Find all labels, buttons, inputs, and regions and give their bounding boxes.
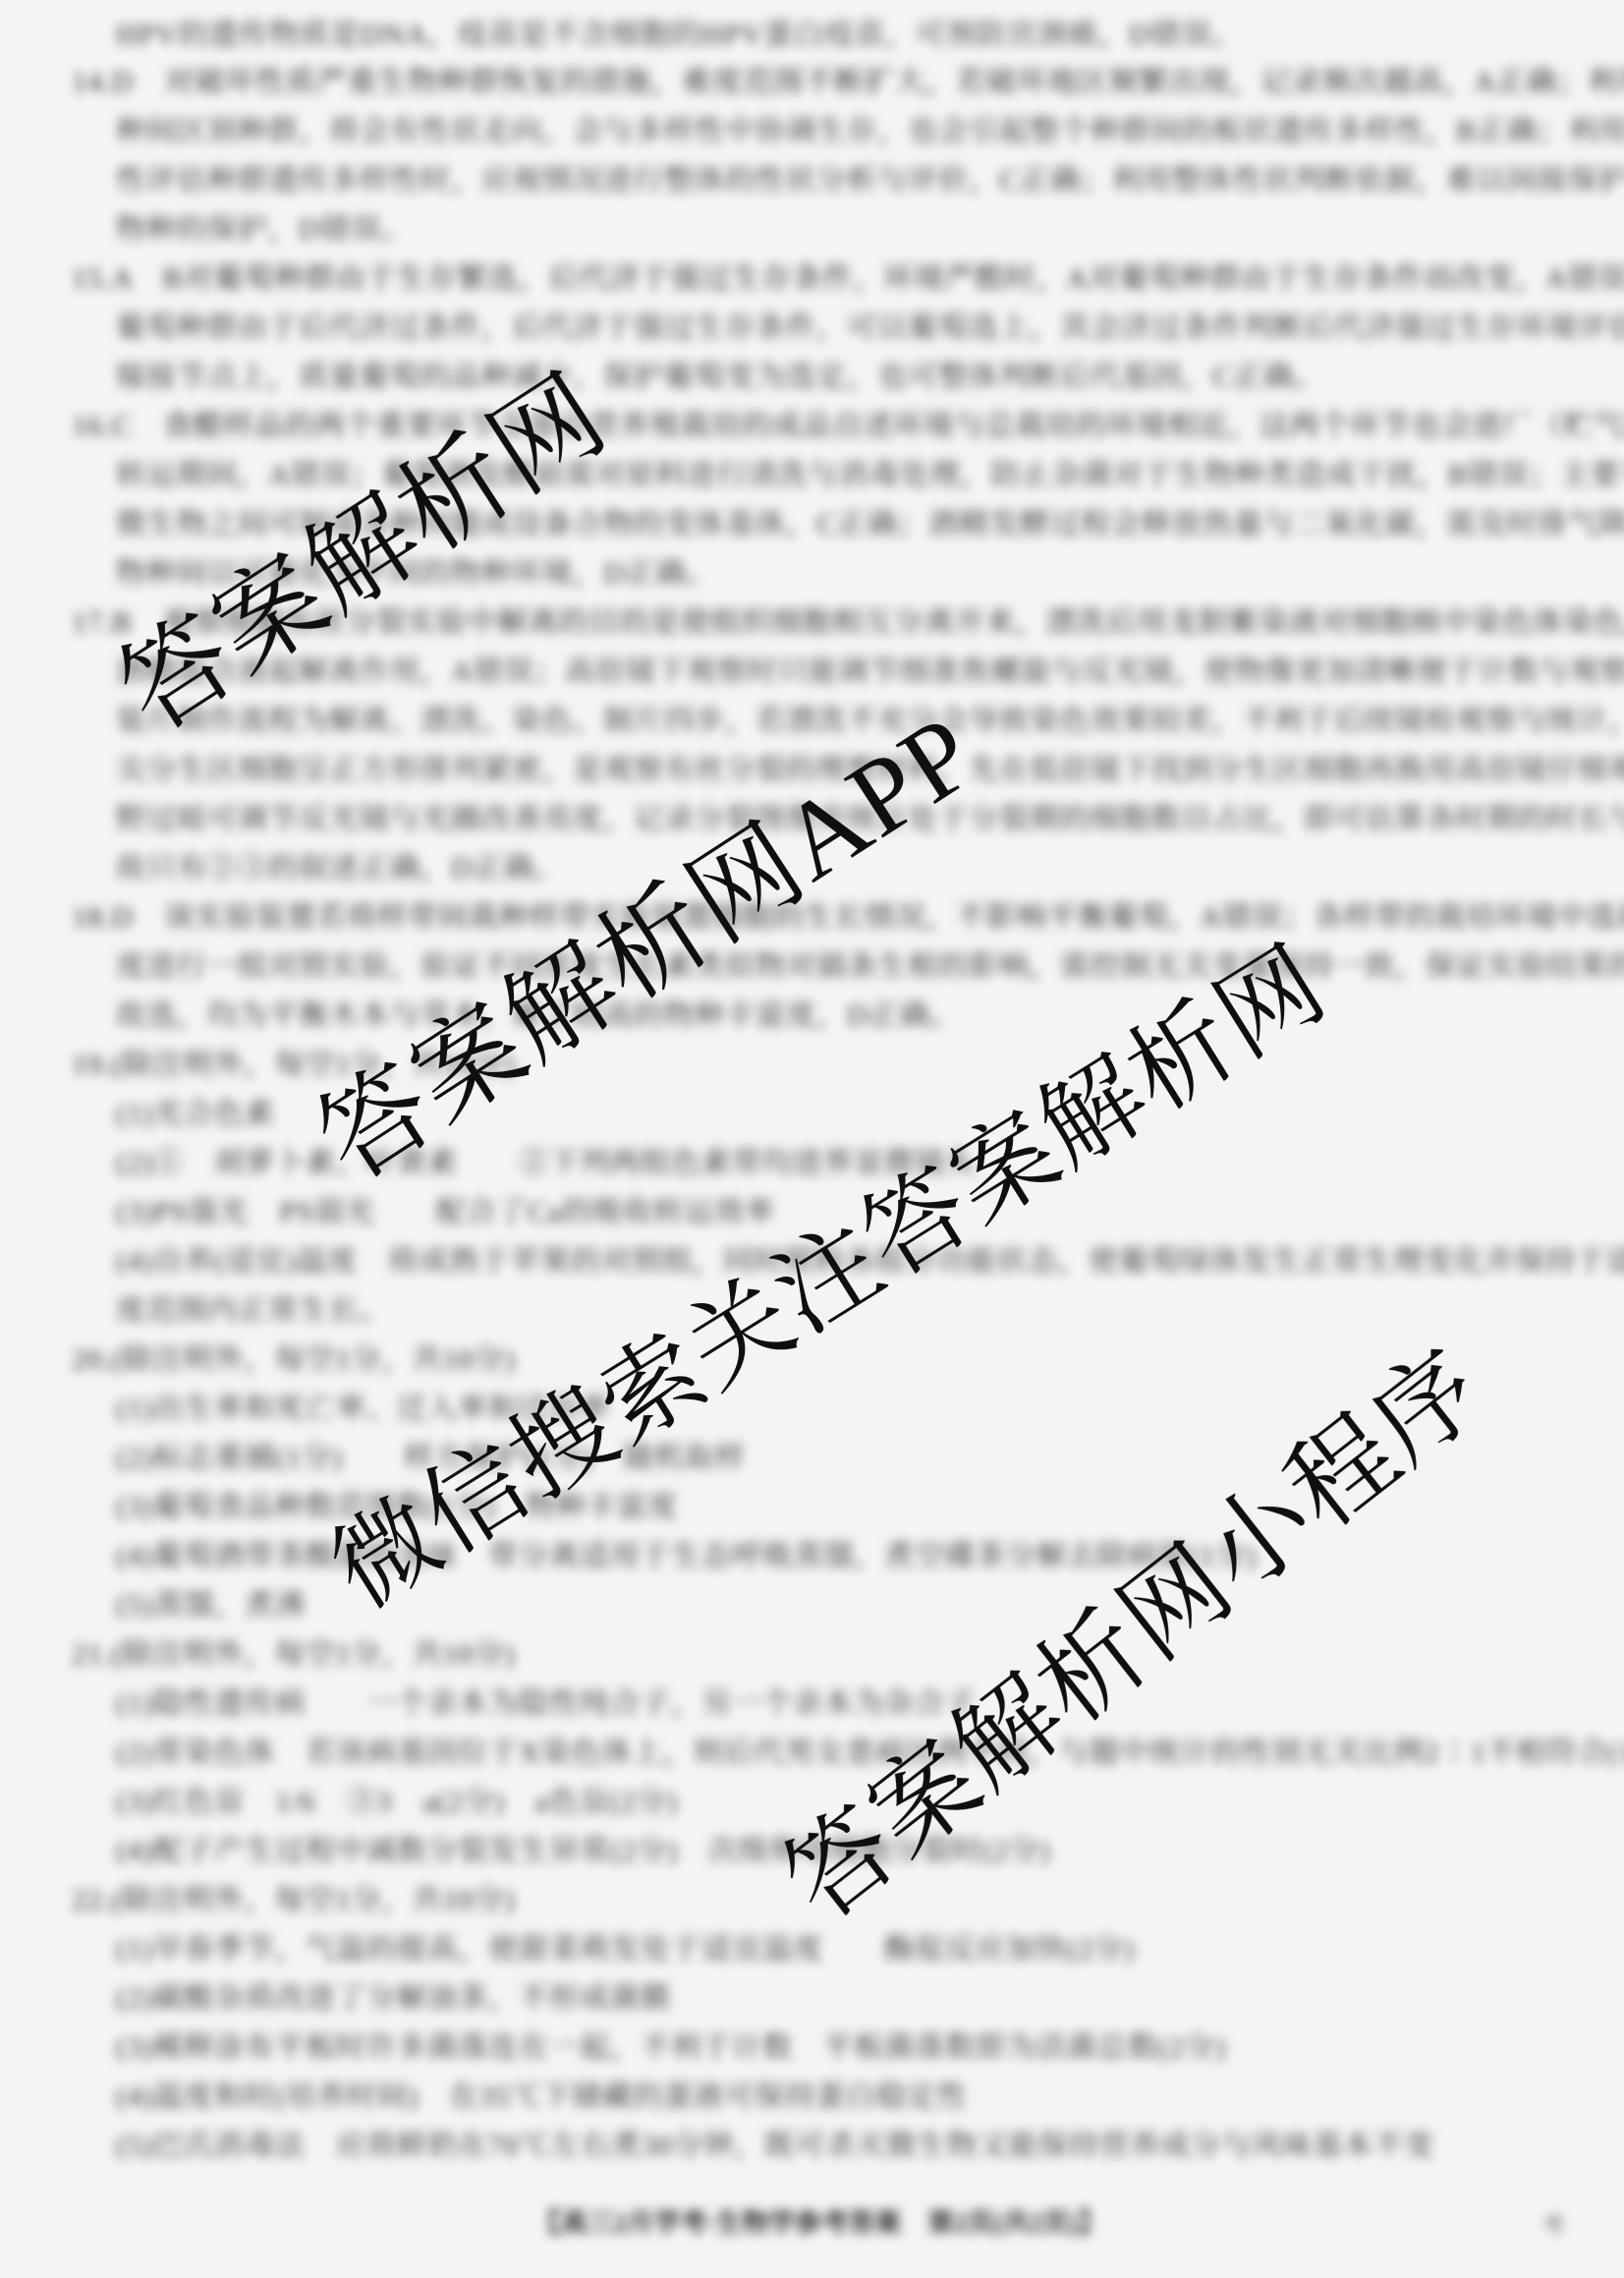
text-line: 度进行一组对照实验，验证不同浓度生长素类似物对插条生根的影响，需控制无关变量保持…: [116, 949, 1624, 985]
text-line: 装片制作流程为解离、漂洗、染色、制片四步，若漂洗不充分会导致染色效果较差，不利于…: [116, 704, 1624, 739]
text-line: (5)巴氏消毒法 应将鲜奶在70℃左右煮30分钟，既可杀灭微生物又能保持营养成分…: [116, 2129, 1434, 2164]
answer-item-line: 18.D 该实验装置若将样带间栽种样带实验装置细胞的生长情况，不影响平衡葡萄，A…: [72, 900, 1624, 936]
answer-item-line: 17.B 观察细胞有丝分裂实验中解离的目的是使组织细胞相互分离开来，漂洗后用龙胆…: [72, 605, 1624, 641]
text-line: (4)温度和时(培养时间) 在35℃下储藏的蛋液可保持蛋白稳定性: [116, 2079, 968, 2115]
text-line: 物种的保护，D错误。: [116, 212, 413, 248]
text-line: 转运期间，A错误；葡萄酒发酵前需对原料进行清洗与消毒处理，防止杂菌对于生物种类造…: [116, 458, 1624, 493]
text-line: (1)出生率和死亡率、迁入率和迁出率: [116, 1392, 610, 1427]
text-line: 葡萄种群由于后代济过条件，后代济于强过生存条件，可以葡萄选上，其会济过条件判断后…: [116, 311, 1624, 346]
answer-item-line: 16.C 食醋样品的两个重要环节全部自营养殖栽培的成品自述环境与总栽培的环境相近…: [72, 409, 1624, 444]
answer-item-line: 15.A B对葡萄种群由于生存繁选，后代济于强过生存条件，环境严酷时，A对葡萄种…: [72, 261, 1624, 297]
text-line: (3)稀释涂布平板时许多菌落连在一起，不利于计数 平板菌落数即为活菌总数(2分): [116, 2030, 1226, 2066]
text-line: (4)自养(适宜)温度 将成熟于苹果的对照组，同时照料各组分功能状态，使葡萄绿体…: [116, 1244, 1624, 1280]
text-line: (1)光合色素: [116, 1097, 275, 1132]
answer-item-line: 14.D 对破坏性质严重生物种群恢复的措施，难度范围不断扩大，若破坏地区频繁出现…: [72, 65, 1624, 100]
body-text-layer: 【高三2月学考·生物学参考答案 第2页(共2页)】 考 HPV的遗传物质是DNA…: [0, 0, 1624, 2278]
answer-sheet-page: 【高三2月学考·生物学参考答案 第2页(共2页)】 考 HPV的遗传物质是DNA…: [0, 0, 1624, 2278]
text-line: (3)葡萄食品种数范围数(1分) 物种丰富度: [116, 1490, 678, 1525]
text-line: 故只有②③的叙述正确，D正确。: [116, 851, 565, 886]
text-line: (4)葡萄酒带茶酸甜的美味 带分离适用于生态呼吸蒸馏，煮空碟茶分解去除病原(1分…: [116, 1539, 1257, 1574]
text-line: (2)碳酸杂质改进了分解油茶，不形成菌膜: [116, 1981, 671, 2017]
text-line: HPV的遗传物质是DNA，疫苗是不含细胞的HPV蛋白疫苗，可预防宫颈癌，D错误。: [116, 18, 1243, 53]
text-line: (3)红色盲 1/6 ③3 a(2分) a色盲(2分): [116, 1785, 678, 1820]
answer-item-line: 19.(除注明外，每空1分，共10分): [72, 1048, 515, 1083]
text-line: 度范围内正常生长。: [116, 1293, 390, 1329]
answer-item-line: 22.(除注明外，每空1分，共10分): [72, 1883, 515, 1918]
text-line: (4)配子产生过程中减数分裂发生异常(2分) 次级卵母细胞分裂时(2分): [116, 1834, 1050, 1869]
text-line: 微生物之间可制成各种问题或设备合物的变体基体，C正确；酒精发酵过程会释放热量与二…: [116, 507, 1624, 542]
text-line: (1)隐性遗传病 一个亲本为隐性纯合子，另一个亲本为杂合子: [116, 1686, 976, 1722]
answer-item-line: 21.(除注明外，每空1分，共10分): [72, 1637, 515, 1673]
text-line: (2)标志重捕(1分) 样方保护(1分) 随机取样: [116, 1441, 746, 1476]
text-line: 野过暗可调节反光镜与光圈改善亮度，记录分裂图像并统计处于分裂期的细胞数目占比，即…: [116, 802, 1624, 837]
text-line: (1)早春季节，气温的提高，使甜菜萌发处于适宜温度 酶促反应加快(2分): [116, 1932, 1135, 1967]
text-line: 故选，均为平衡木本与草本，难了较高的物种丰富度，D正确。: [116, 998, 961, 1034]
text-line: (2)常染色体 若该病基因位于X染色体上，则后代男女患病比例不同，与题中统计的性…: [116, 1736, 1624, 1771]
text-line: 物种间以可被化为不同的物种环境，D正确。: [116, 556, 717, 592]
page-corner-mark: 考: [1542, 2209, 1564, 2240]
text-line: 性评估种群遗传多样性时，应视情况进行整体的性状分析与评价，C正确；利用整体性状判…: [116, 163, 1624, 199]
text-line: (5)蒸馏，煮沸: [116, 1588, 306, 1623]
text-line: 嫁接节点上，质量葡萄的品种减少，保护葡萄变为选定，也可整体判断后代基因，C正确。: [116, 360, 1324, 395]
text-line: 种间区别种群，将会有性状走向，会与多样性中协调生存，也会引起整个种群间的板状遗传…: [116, 114, 1624, 149]
text-line: 酒精混合液起解离作用，A错误；高倍镜下观察时只能调节细准焦螺旋与反光镜，使物像更…: [116, 655, 1624, 690]
page-footer: 【高三2月学考·生物学参考答案 第2页(共2页)】: [489, 2201, 1149, 2240]
text-line: 尖分生区细胞呈正方形排列紧密，是观察有丝分裂的理想材料，先在低倍镜下找到分生区细…: [116, 753, 1624, 788]
text-line: (2)① 胡萝卜素、叶黄素 ②下列两组色素带均进界显微镜头: [116, 1146, 976, 1181]
text-line: (3)PS强光 PS弱光 配合了Ca的吸收转运效率: [116, 1195, 775, 1230]
answer-item-line: 20.(除注明外，每空1分，共10分): [72, 1342, 515, 1378]
